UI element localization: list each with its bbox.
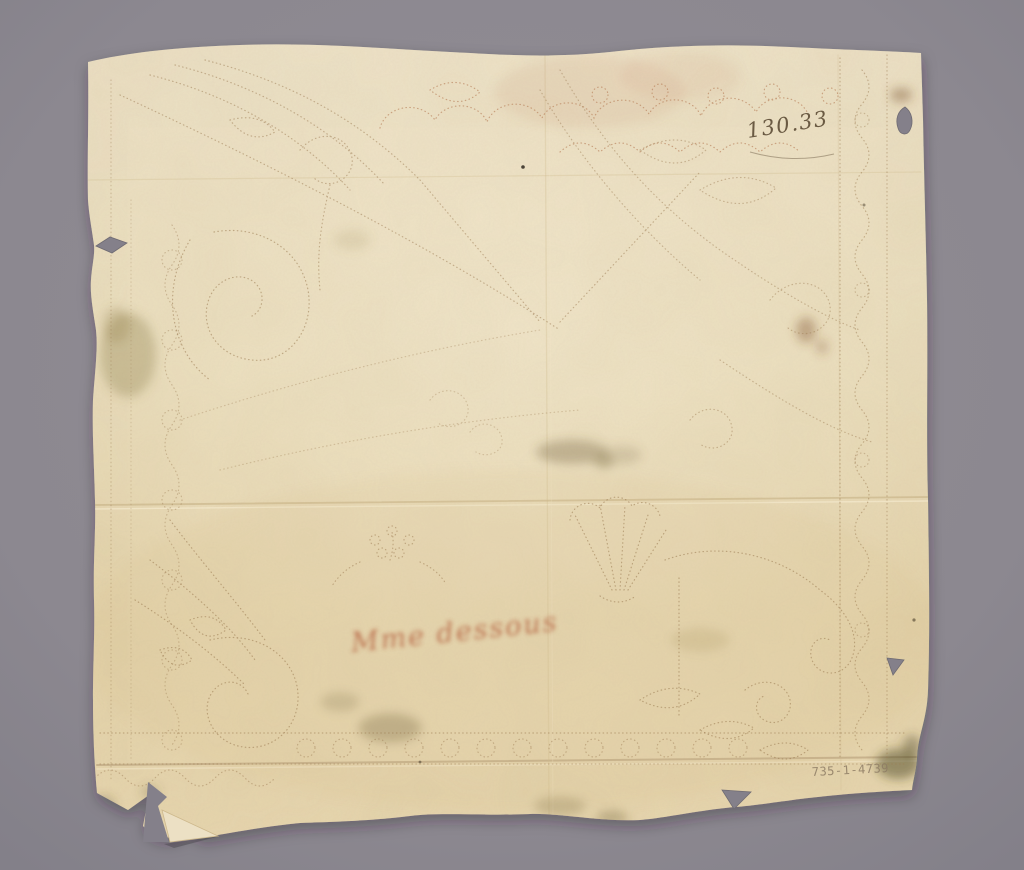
paper-surface: 130.33 Mme dessous 735-1-4739: [80, 38, 942, 850]
photo-canvas: 130.33 Mme dessous 735-1-4739: [0, 0, 1024, 870]
artifact-photograph: 130.33 Mme dessous 735-1-4739: [0, 0, 1024, 870]
